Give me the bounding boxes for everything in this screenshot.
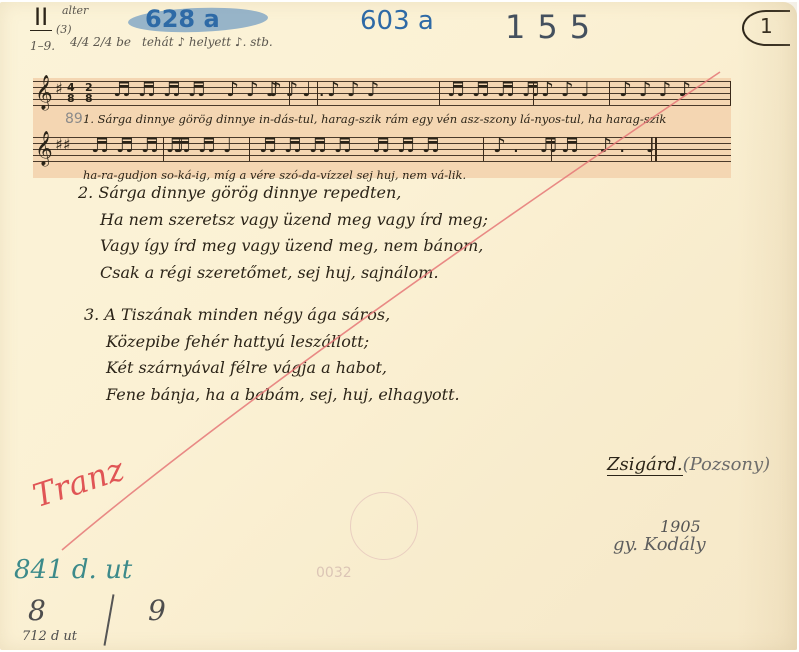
verse-line: Sárga dinnye görög dinnye repedten,	[98, 183, 401, 202]
staff-1: 𝄞 ♯ 48 28 ♬♬♬♬ ♪♪♪♪ ♪ ♩. ♪♪♪ ♬♬♬♬ ♪♪♩ ♪♪…	[33, 81, 731, 105]
place-name: Zsigárd.	[607, 454, 683, 476]
region-name: (Pozsony)	[683, 454, 771, 475]
treble-clef-icon: 𝄞	[35, 131, 53, 166]
inventory-number: 603 a	[360, 6, 434, 36]
faded-stamp-text: 0032	[316, 565, 352, 581]
rhythm-instruction: tehát ♪ helyett ♪. stb.	[142, 35, 273, 49]
manuscript-page: II alter (3) 1–9. 4/4 2/4 be tehát ♪ hel…	[0, 2, 797, 650]
folio-divider	[104, 594, 115, 646]
verse-line: Fene bánja, ha a babám, sej, huj, elhagy…	[84, 382, 460, 409]
note-alter: alter	[62, 4, 88, 17]
measure-11: ♬ ♪. ♩	[561, 133, 662, 157]
page-number: 155	[505, 8, 602, 46]
verse-line: Két szárnyával félre vágja a habot,	[84, 355, 460, 382]
collector-name: gy. Kodály	[613, 534, 706, 555]
lyrics-line-1: 1. Sárga dinnye görög dinnye in-dás-tul,…	[83, 112, 666, 126]
catalog-denominator: 1–9.	[30, 39, 55, 53]
collection-place: Zsigárd.(Pozsony)	[607, 454, 770, 475]
faded-stamp	[350, 492, 418, 560]
circled-number: 1	[760, 14, 773, 38]
time-signature-1: 48	[67, 82, 75, 104]
verse-line: Ha nem szeretsz vagy üzend meg vagy írd …	[78, 207, 488, 234]
measure-3: ♪♪♪	[327, 77, 386, 101]
music-notation-strip: 𝄞 ♯ 48 28 ♬♬♬♬ ♪♪♪♪ ♪ ♩. ♪♪♪ ♬♬♬♬ ♪♪♩ ♪♪…	[33, 78, 731, 178]
verse-3: 3. A Tiszának minden négy ága sáros, Köz…	[84, 302, 460, 408]
catalog-numerator: II	[30, 4, 52, 31]
verse-number: 2.	[78, 183, 93, 202]
pencil-mark: 89	[65, 111, 83, 127]
circle-mark	[742, 10, 790, 46]
crossed-out-number: 628 a	[145, 5, 220, 33]
measure-8: ♬♬♩	[173, 133, 239, 157]
verse-line: Csak a régi szeretőmet, sej huj, sajnálo…	[78, 260, 488, 287]
treble-clef-icon: 𝄞	[35, 75, 53, 110]
key-signature: ♯♯	[55, 135, 70, 154]
measure-9: ♬♬♬♬ ♬♬♬	[259, 133, 447, 157]
red-annotation: Tranz	[28, 450, 128, 515]
measure-5: ♪♪♩	[541, 77, 597, 101]
verse-line: A Tiszának minden négy ága sáros,	[104, 305, 390, 324]
verse-line: Közepibe fehér hattyú leszállott;	[84, 329, 460, 356]
catalog-fraction: II	[30, 4, 52, 31]
folio-sub: 712 d ut	[22, 629, 77, 644]
shelf-mark: 841 d. ut	[14, 555, 132, 585]
time-signature-2: 28	[85, 82, 93, 104]
measure-4: ♬♬♬♬	[447, 77, 547, 101]
verse-line: Vagy így írd meg vagy üzend meg, nem bán…	[78, 233, 488, 260]
measure-10: ♪. ♬	[493, 133, 564, 157]
key-signature: ♯	[55, 79, 63, 98]
measure-2: ♪ ♩.	[269, 77, 332, 101]
verse-number: 3.	[84, 305, 99, 324]
folio-left: 8	[28, 594, 46, 627]
measure-6: ♪♪♪♪	[619, 77, 698, 101]
verse-2: 2. Sárga dinnye görög dinnye repedten, H…	[78, 180, 488, 286]
meter-note: 4/4 2/4 be	[70, 35, 131, 49]
staff-2: 𝄞 ♯♯ ♬♬♬♬ ♬♬♩ ♬♬♬♬ ♬♬♬ ♪. ♬ ♬ ♪. ♩	[33, 137, 731, 161]
folio-right: 9	[148, 594, 166, 627]
